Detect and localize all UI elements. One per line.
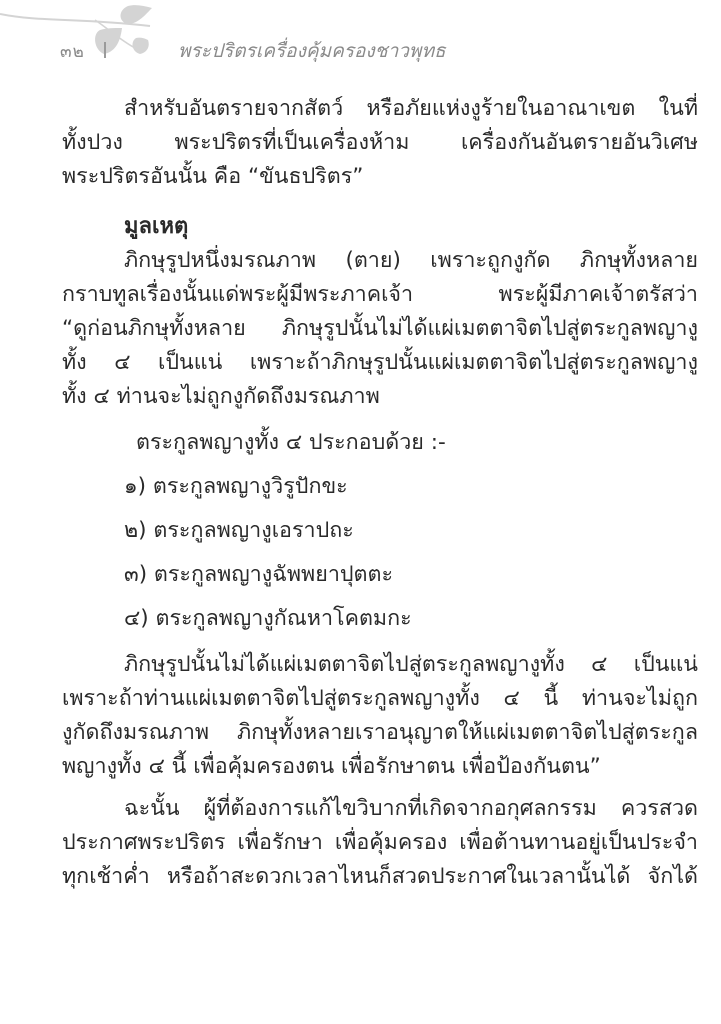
text-line: “ดูก่อนภิกษุทั้งหลาย ภิกษุรูปนั้นไม่ได้แ… (62, 312, 698, 346)
text-line: สำหรับอันตรายจากสัตว์ หรือภัยแห่งงูร้ายใ… (62, 92, 698, 126)
running-title: พระปริตรเครื่องคุ้มครองชาวพุทธ (178, 36, 446, 66)
section-heading: มูลเหตุ (62, 210, 698, 244)
text-line: ทุกเช้าค่ำ หรือถ้าสะดวกเวลาไหนก็สวดประกา… (62, 860, 698, 894)
final-paragraph: ฉะนั้น ผู้ที่ต้องการแก้ไขวิบากที่เกิดจาก… (62, 792, 698, 894)
text-line: ทั้งปวง พระปริตรที่เป็นเครื่องห้าม เครื่… (62, 126, 698, 160)
text-line: ประกาศพระปริตร เพื่อรักษา เพื่อคุ้มครอง … (62, 826, 698, 860)
conclusion-paragraph: ภิกษุรูปนั้นไม่ได้แผ่เมตตาจิตไปสู่ตระกูล… (62, 648, 698, 784)
text-line: กราบทูลเรื่องนั้นแด่พระผู้มีพระภาคเจ้า พ… (62, 278, 698, 312)
text-line: ภิกษุรูปนั้นไม่ได้แผ่เมตตาจิตไปสู่ตระกูล… (62, 648, 698, 682)
intro-paragraph: สำหรับอันตรายจากสัตว์ หรือภัยแห่งงูร้ายใ… (62, 92, 698, 194)
page-body: สำหรับอันตรายจากสัตว์ หรือภัยแห่งงูร้ายใ… (62, 92, 698, 894)
text-line: งูกัดถึงมรณภาพ ภิกษุทั้งหลายเราอนุญาตให้… (62, 716, 698, 750)
text-line: พระปริตรอันนั้น คือ “ขันธปริตร” (62, 160, 698, 194)
text-line: ทั้ง ๔ เป็นแน่ เพราะถ้าภิกษุรูปนั้นแผ่เม… (62, 346, 698, 380)
header-separator (104, 42, 106, 58)
list-item: ๒) ตระกูลพญางูเอราปถะ (62, 514, 698, 548)
list-item: ๔) ตระกูลพญางูกัณหาโคตมกะ (62, 602, 698, 636)
list-item: ๑) ตระกูลพญางูวิรูปักขะ (62, 470, 698, 504)
list-item: ๓) ตระกูลพญางูฉัพพยาปุตตะ (62, 558, 698, 592)
text-line: พญางูทั้ง ๔ นี้ เพื่อคุ้มครองตน เพื่อรัก… (62, 750, 698, 784)
story-paragraph: ภิกษุรูปหนึ่งมรณภาพ (ตาย) เพราะถูกงูกัด … (62, 244, 698, 414)
text-line: ฉะนั้น ผู้ที่ต้องการแก้ไขวิบากที่เกิดจาก… (62, 792, 698, 826)
page-header: ๓๒ พระปริตรเครื่องคุ้มครองชาวพุทธ (0, 36, 721, 66)
page-number: ๓๒ (60, 38, 85, 65)
text-line: ภิกษุรูปหนึ่งมรณภาพ (ตาย) เพราะถูกงูกัด … (62, 244, 698, 278)
text-line: เพราะถ้าท่านแผ่เมตตาจิตไปสู่ตระกูลพญางูท… (62, 682, 698, 716)
list-intro: ตระกูลพญางูทั้ง ๔ ประกอบด้วย :- (62, 426, 698, 460)
text-line: ทั้ง ๔ ท่านจะไม่ถูกงูกัดถึงมรณภาพ (62, 380, 698, 414)
